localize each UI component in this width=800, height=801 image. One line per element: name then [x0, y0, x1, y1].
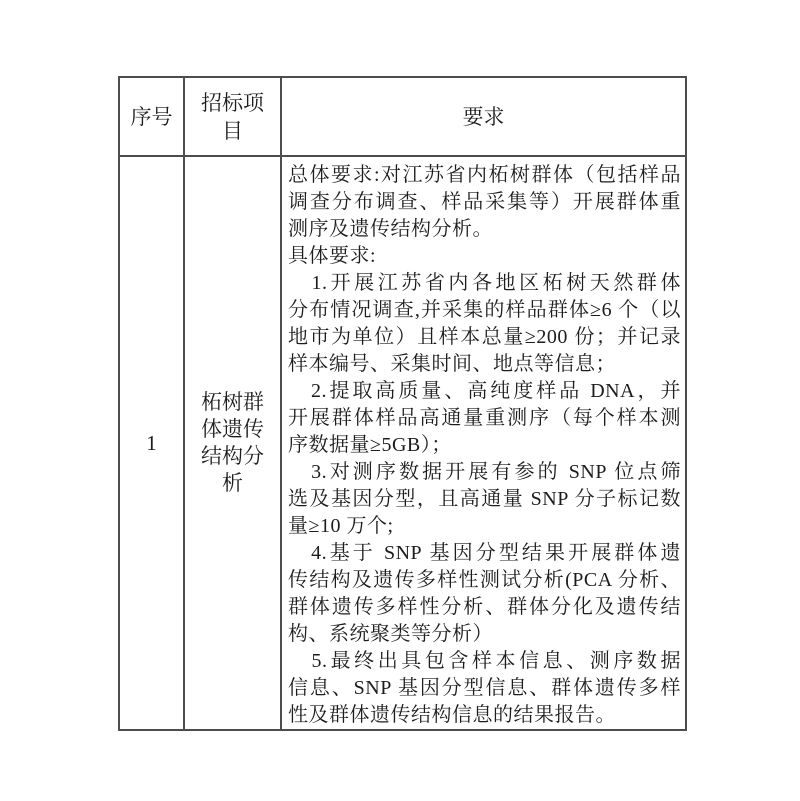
requirement-line: 4.基于 SNP 基因分型结果开展群体遗 — [288, 540, 681, 567]
document-page: 序号 招标项目 要求 1 柘树群体遗传结构分析 总体要求:对江苏省内柘树群体（包… — [0, 0, 800, 801]
requirement-line: 2.提取高质量、高纯度样品 DNA，并 — [288, 378, 681, 405]
column-header-requirements: 要求 — [281, 77, 686, 156]
requirement-line: 分布情况调查,并采集的样品群体≥6 个（以 — [288, 297, 681, 324]
requirement-line: 地市为单位）且样本总量≥200 份；并记录 — [288, 324, 681, 351]
column-header-project: 招标项目 — [184, 77, 281, 156]
requirement-line: 样本编号、采集时间、地点等信息； — [288, 351, 681, 378]
project-name-cell: 柘树群体遗传结构分析 — [184, 156, 281, 730]
bidding-requirements-table: 序号 招标项目 要求 1 柘树群体遗传结构分析 总体要求:对江苏省内柘树群体（包… — [118, 76, 687, 731]
table-row: 1 柘树群体遗传结构分析 总体要求:对江苏省内柘树群体（包括样品调查分布调查、样… — [119, 156, 686, 730]
requirement-line: 3.对测序数据开展有参的 SNP 位点筛 — [288, 459, 681, 486]
requirement-line: 群体遗传多样性分析、群体分化及遗传结 — [288, 594, 681, 621]
requirement-line: 总体要求:对江苏省内柘树群体（包括样品 — [288, 162, 681, 189]
table-header-row: 序号 招标项目 要求 — [119, 77, 686, 156]
requirement-line: 测序及遗传结构分析。 — [288, 216, 681, 243]
requirement-line: 量≥10 万个; — [288, 513, 681, 540]
column-header-serial: 序号 — [119, 77, 184, 156]
requirement-line: 调查分布调查、样品采集等）开展群体重 — [288, 189, 681, 216]
requirement-line: 性及群体遗传结构信息的结果报告。 — [288, 702, 681, 729]
requirement-line: 选及基因分型，且高通量 SNP 分子标记数 — [288, 486, 681, 513]
requirement-line: 序数据量≥5GB）； — [288, 432, 681, 459]
requirement-line: 构、系统聚类等分析） — [288, 621, 681, 648]
requirement-line: 具体要求: — [288, 243, 681, 270]
serial-number-cell: 1 — [119, 156, 184, 730]
requirement-line: 开展群体样品高通量重测序（每个样本测 — [288, 405, 681, 432]
requirement-line: 信息、SNP 基因分型信息、群体遗传多样 — [288, 675, 681, 702]
requirements-cell: 总体要求:对江苏省内柘树群体（包括样品调查分布调查、样品采集等）开展群体重测序及… — [281, 156, 686, 730]
requirement-line: 5.最终出具包含样本信息、测序数据 — [288, 648, 681, 675]
requirement-line: 传结构及遗传多样性测试分析(PCA 分析、 — [288, 567, 681, 594]
requirements-text: 总体要求:对江苏省内柘树群体（包括样品调查分布调查、样品采集等）开展群体重测序及… — [288, 162, 681, 729]
requirement-line: 1.开展江苏省内各地区柘树天然群体 — [288, 270, 681, 297]
